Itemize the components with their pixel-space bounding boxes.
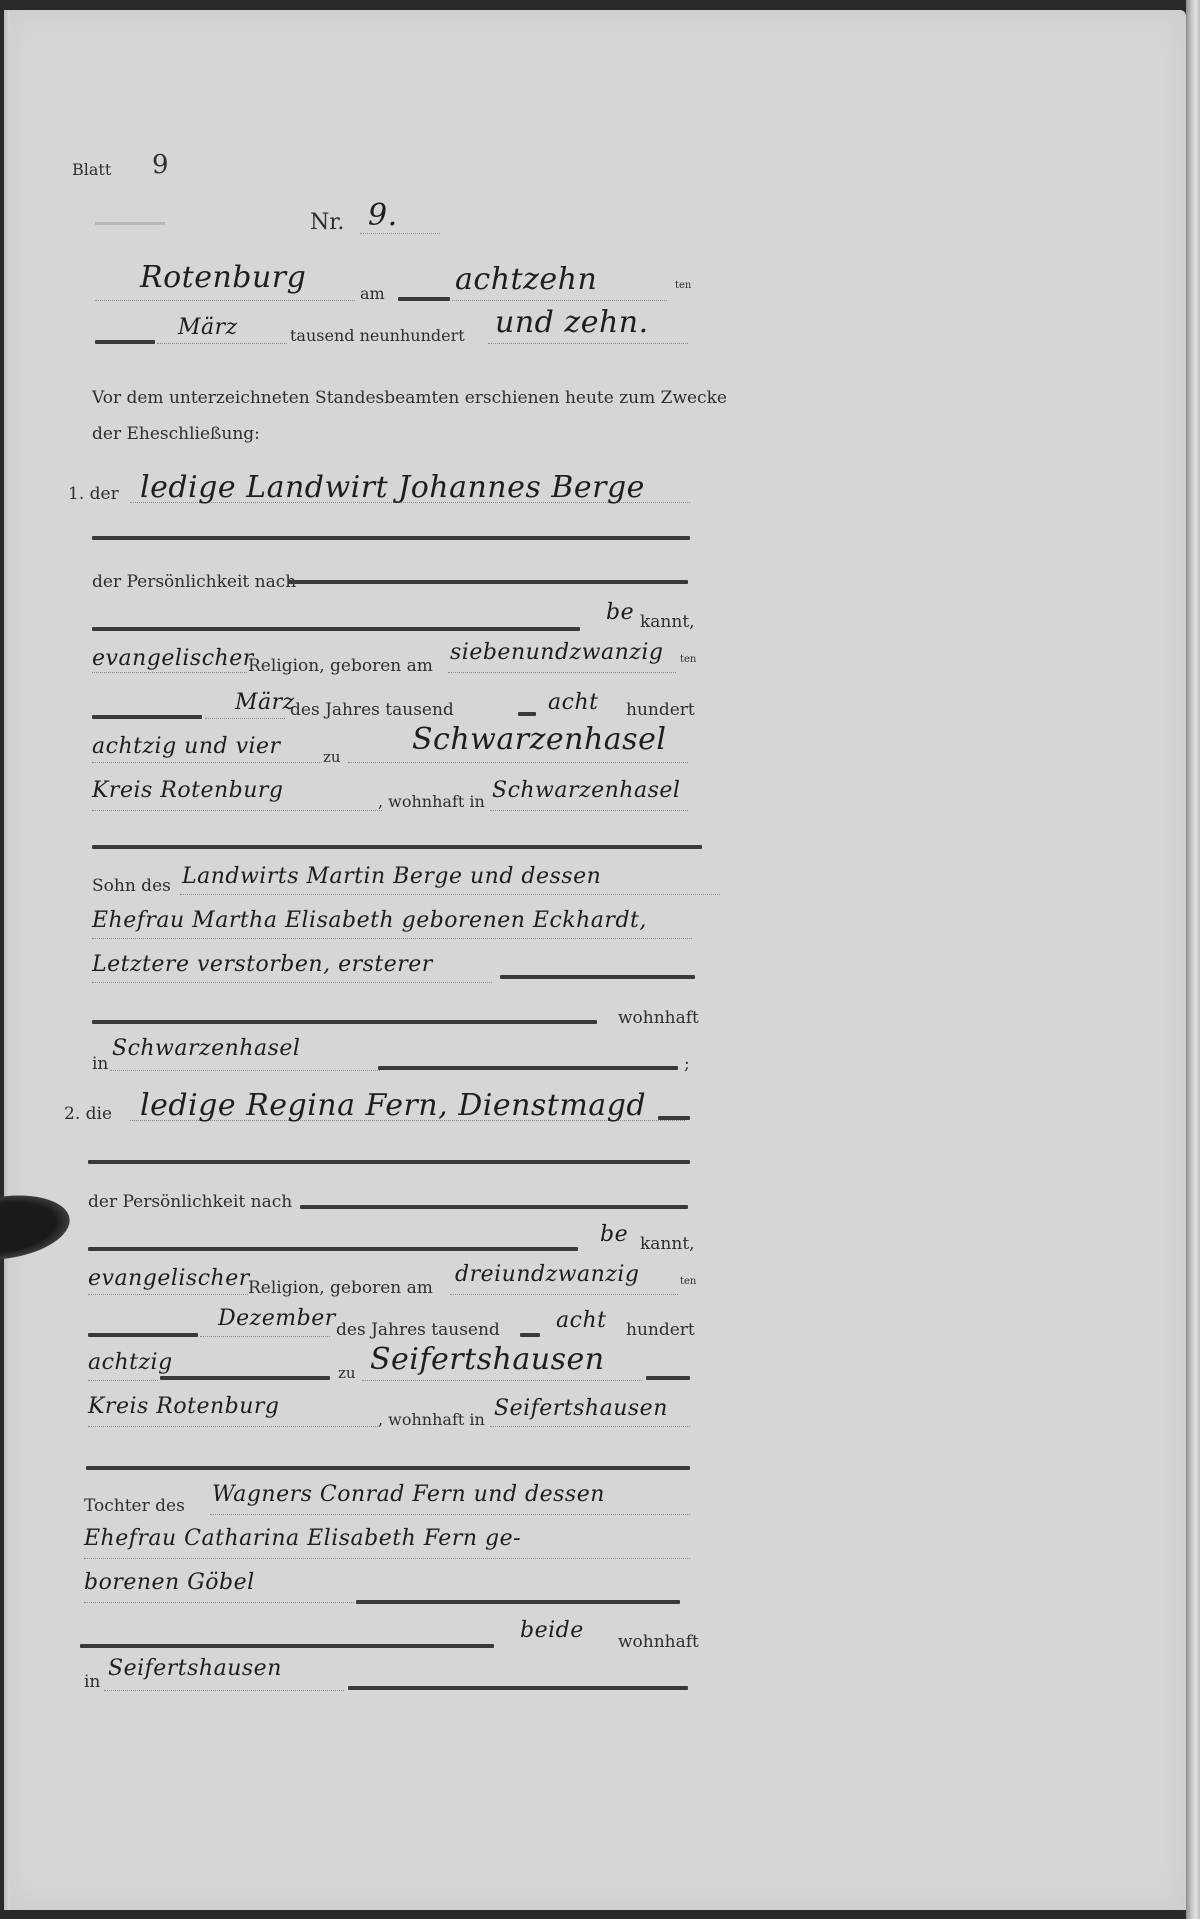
person1-zu-label: zu bbox=[323, 748, 341, 766]
person2-parents-line-2 bbox=[84, 1558, 690, 1559]
person2-label: 2. die bbox=[64, 1104, 112, 1124]
am-label: am bbox=[360, 284, 385, 303]
year-line bbox=[488, 343, 688, 344]
filler-bar bbox=[92, 845, 702, 849]
person1-religion-line bbox=[92, 672, 247, 673]
person1-district-line bbox=[92, 810, 382, 811]
day: achtzehn bbox=[455, 262, 597, 297]
person2-known-prefix: be bbox=[600, 1222, 628, 1247]
filler-bar bbox=[92, 715, 202, 719]
filler-bar bbox=[300, 1205, 688, 1209]
person2-parents-line-2: Ehefrau Catharina Elisabeth Fern ge- bbox=[84, 1526, 521, 1551]
person2-religion-label: Religion, geboren am bbox=[248, 1278, 433, 1298]
person1-religion: evangelischer bbox=[92, 646, 254, 671]
person2-parents-residence: Seifertshausen bbox=[108, 1656, 282, 1681]
person1-parents-line-3 bbox=[92, 982, 492, 983]
month-line bbox=[157, 343, 287, 344]
person2-parents-line-3: borenen Göbel bbox=[84, 1570, 255, 1595]
person2-hundert-label: hundert bbox=[626, 1320, 695, 1340]
person2-identity-label: der Persönlichkeit nach bbox=[88, 1192, 292, 1212]
person1-birth-century: acht bbox=[548, 690, 598, 715]
filler-bar bbox=[398, 297, 450, 301]
person1-parents-line-1 bbox=[180, 894, 720, 895]
person2-parents-line-3 bbox=[84, 1602, 354, 1603]
person1-residence: Schwarzenhasel bbox=[492, 778, 680, 803]
person1-identity-label: der Persönlichkeit nach bbox=[92, 572, 296, 592]
person2-district: Kreis Rotenburg bbox=[88, 1394, 279, 1419]
person1-parents-residence-label: wohnhaft bbox=[618, 1008, 699, 1028]
place: Rotenburg bbox=[140, 260, 306, 295]
person2-birth-month: Dezember bbox=[218, 1306, 336, 1331]
filler-bar bbox=[92, 627, 580, 631]
person2-zu-label: zu bbox=[338, 1364, 356, 1382]
person2-birthday-line bbox=[450, 1294, 678, 1295]
nr-label: Nr. bbox=[310, 210, 344, 235]
person2-parents-residence-prefix: beide bbox=[520, 1618, 584, 1643]
filler-bar bbox=[92, 536, 690, 540]
filler-bar bbox=[86, 1466, 690, 1470]
person1-birth-year-rest: achtzig und vier bbox=[92, 734, 281, 759]
person1-birthplace-line bbox=[348, 762, 688, 763]
person2-birth-place: Seifertshausen bbox=[370, 1342, 605, 1377]
person1-hundert-label: hundert bbox=[626, 700, 695, 720]
filler-bar bbox=[92, 1020, 597, 1024]
person1-residence-line bbox=[490, 810, 688, 811]
person1-label: 1. der bbox=[68, 484, 119, 504]
filler-bar bbox=[520, 1333, 540, 1337]
place-line bbox=[95, 300, 355, 301]
person2-birth-century: acht bbox=[556, 1308, 606, 1333]
filler-bar bbox=[518, 712, 536, 716]
person2-residence-line bbox=[490, 1426, 690, 1427]
month: März bbox=[178, 315, 238, 340]
person2-birthplace-line bbox=[362, 1380, 642, 1381]
person2-religion: evangelischer bbox=[88, 1266, 250, 1291]
filler-bar bbox=[95, 340, 155, 344]
intro-line-1: Vor dem unterzeichneten Standesbeamten e… bbox=[92, 388, 727, 408]
person1-year-line bbox=[92, 762, 322, 763]
person1-parents-line-2 bbox=[92, 938, 692, 939]
ten-suffix: ten bbox=[680, 654, 696, 665]
book-spine bbox=[1186, 0, 1200, 1919]
person2-parent-label: Tochter des bbox=[84, 1496, 185, 1516]
person2-religion-line bbox=[88, 1294, 248, 1295]
person1-parents-line-3: Letztere verstorben, ersterer bbox=[92, 952, 433, 977]
person1-parents-line-1: Landwirts Martin Berge und dessen bbox=[182, 864, 601, 889]
filler-bar bbox=[88, 1247, 578, 1251]
filler-bar bbox=[288, 580, 688, 584]
day-line bbox=[452, 300, 667, 301]
person1-in-label: in bbox=[92, 1054, 108, 1074]
person2-year-line bbox=[88, 1380, 158, 1381]
person2-residence-label: , wohnhaft in bbox=[378, 1410, 485, 1429]
person2-birth-day: dreiundzwanzig bbox=[455, 1262, 640, 1287]
person1-birth-place: Schwarzenhasel bbox=[412, 722, 666, 757]
person1-name: ledige Landwirt Johannes Berge bbox=[140, 470, 645, 505]
filler-bar bbox=[356, 1600, 680, 1604]
blatt-number: 9 bbox=[152, 150, 169, 180]
filler-bar bbox=[160, 1376, 330, 1380]
person1-parents-residence-line bbox=[110, 1070, 380, 1071]
filler-bar bbox=[88, 1160, 690, 1164]
filler-bar bbox=[80, 1644, 494, 1648]
person1-known-label: kannt, bbox=[640, 612, 695, 632]
person1-parent-label: Sohn des bbox=[92, 876, 171, 896]
filler-bar bbox=[378, 1066, 678, 1070]
intro-line-2: der Eheschließung: bbox=[92, 424, 260, 444]
person2-birth-year-rest: achtzig bbox=[88, 1350, 173, 1375]
filler-bar bbox=[500, 975, 695, 979]
person1-district: Kreis Rotenburg bbox=[92, 778, 283, 803]
person1-religion-label: Religion, geboren am bbox=[248, 656, 433, 676]
filler-bar bbox=[646, 1376, 690, 1380]
page-left-edge bbox=[4, 10, 10, 1910]
person2-year-label: des Jahres tausend bbox=[336, 1320, 500, 1340]
person2-parents-residence-line bbox=[104, 1690, 344, 1691]
ten-suffix: ten bbox=[680, 1276, 696, 1287]
person1-year-label: des Jahres tausend bbox=[290, 700, 454, 720]
ten-suffix: ten bbox=[675, 280, 691, 291]
person2-parents-line-1 bbox=[210, 1514, 690, 1515]
filler-bar bbox=[658, 1116, 690, 1120]
year-label: tausend neunhundert bbox=[290, 326, 465, 345]
filler-bar bbox=[88, 1333, 198, 1337]
person2-known-label: kannt, bbox=[640, 1234, 695, 1254]
person1-end-punct: ; bbox=[684, 1054, 690, 1074]
blatt-label: Blatt bbox=[72, 160, 111, 179]
nr-value: 9. bbox=[368, 198, 398, 233]
person1-month-line bbox=[205, 718, 285, 719]
person1-known-prefix: be bbox=[606, 600, 634, 625]
filler-bar bbox=[348, 1686, 688, 1690]
person1-parents-line-2: Ehefrau Martha Elisabeth geborenen Eckha… bbox=[92, 908, 647, 933]
person1-birth-day: siebenundzwanzig bbox=[450, 640, 663, 665]
person1-birth-month: März bbox=[235, 690, 295, 715]
person2-in-label: in bbox=[84, 1672, 100, 1692]
person2-residence: Seifertshausen bbox=[494, 1396, 668, 1421]
person1-parents-residence: Schwarzenhasel bbox=[112, 1036, 300, 1061]
year-value: und zehn. bbox=[495, 305, 649, 340]
person2-parents-line-1: Wagners Conrad Fern und dessen bbox=[212, 1482, 605, 1507]
person1-residence-label: , wohnhaft in bbox=[378, 792, 485, 811]
person2-name: ledige Regina Fern, Dienstmagd bbox=[140, 1088, 646, 1123]
person1-birthday-line bbox=[448, 672, 676, 673]
person2-district-line bbox=[88, 1426, 378, 1427]
divider bbox=[95, 222, 165, 225]
nr-line bbox=[360, 233, 440, 234]
person2-parents-residence-label: wohnhaft bbox=[618, 1632, 699, 1652]
person2-month-line bbox=[200, 1336, 330, 1337]
